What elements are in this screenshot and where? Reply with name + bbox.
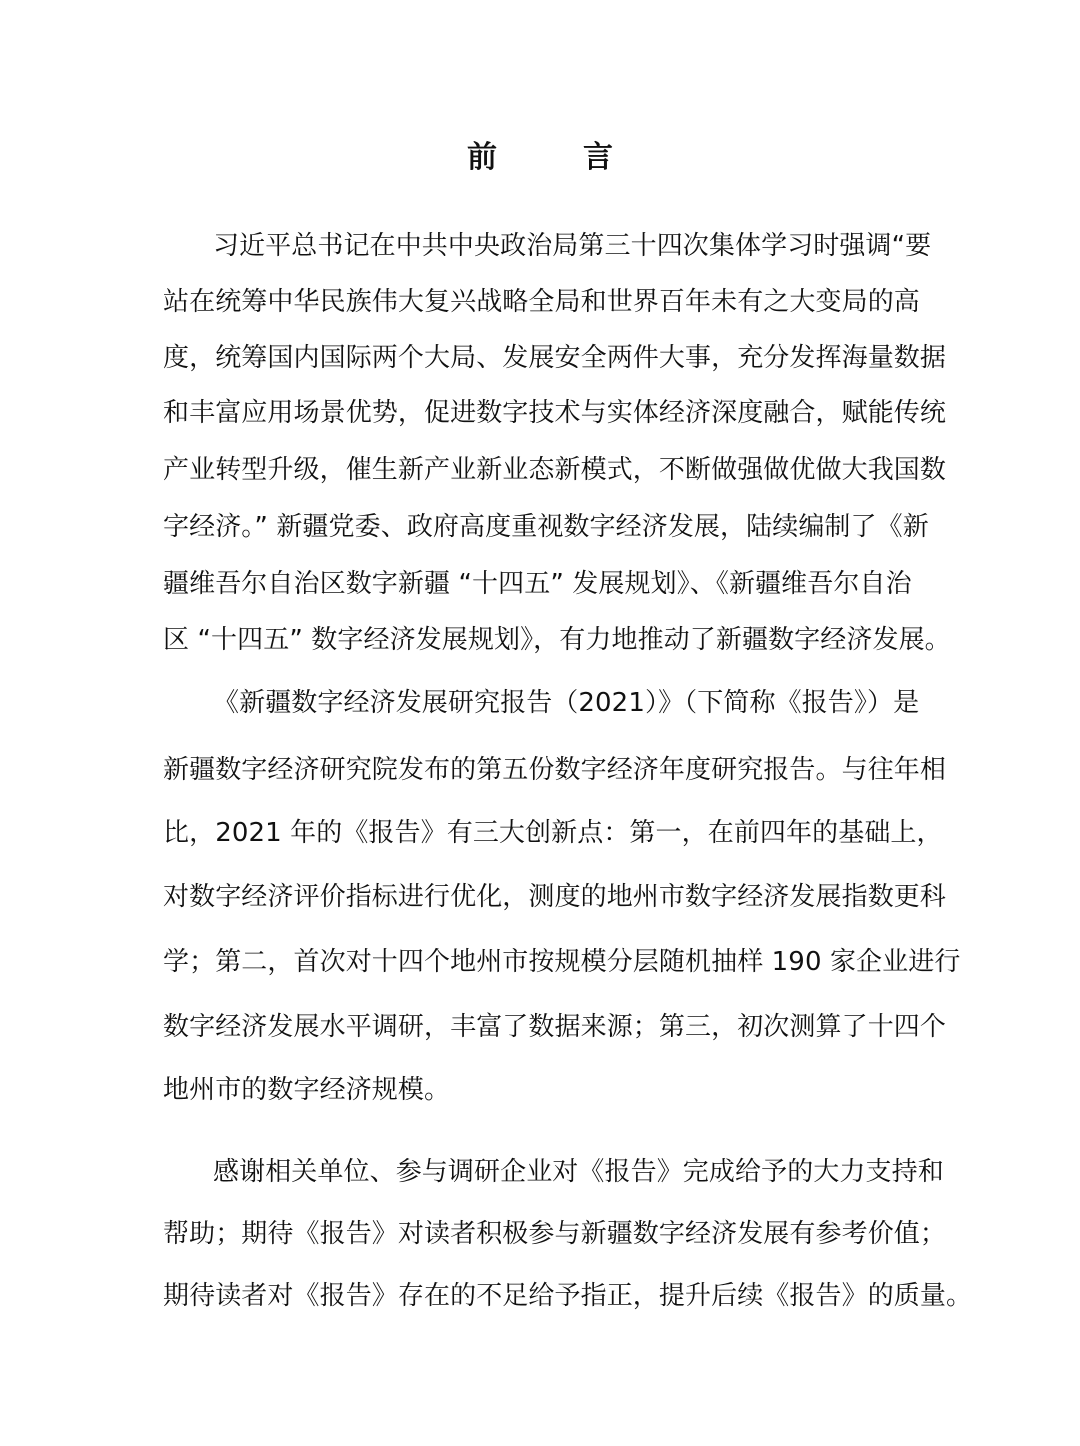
paragraph-line: 期待读者对《报告》存在的不足给予指正，提升后续《报告》的质量。 [163, 1276, 923, 1316]
page-title: 前 言 [0, 136, 1080, 180]
paragraph-line: 感谢相关单位、参与调研企业对《报告》完成给予的大力支持和 [213, 1152, 973, 1192]
paragraph-line: 新疆数字经济研究院发布的第五份数字经济年度研究报告。与往年相 [163, 750, 923, 790]
paragraph-line: 数字经济发展水平调研，丰富了数据来源；第三，初次测算了十四个 [163, 1007, 923, 1047]
paragraph-line: 帮助；期待《报告》对读者积极参与新疆数字经济发展有参考价值； [163, 1214, 923, 1254]
paragraph-line: 学；第二，首次对十四个地州市按规模分层随机抽样 190 家企业进行 [163, 942, 923, 982]
paragraph-line: 和丰富应用场景优势，促进数字技术与实体经济深度融合，赋能传统 [163, 393, 923, 433]
paragraph-line: 产业转型升级，催生新产业新业态新模式，不断做强做优做大我国数 [163, 450, 923, 490]
document-page: 前 言 习近平总书记在中共中央政治局第三十四次集体学习时强调“要 站在统筹中华民… [0, 0, 1080, 1446]
paragraph-line: 疆维吾尔自治区数字新疆 “十四五” 发展规划》、《新疆维吾尔自治 [163, 564, 923, 604]
paragraph-line: 区 “十四五” 数字经济发展规划》，有力地推动了新疆数字经济发展。 [163, 620, 923, 660]
paragraph-line: 习近平总书记在中共中央政治局第三十四次集体学习时强调“要 [213, 226, 973, 266]
paragraph-line: 对数字经济评价指标进行优化，测度的地州市数字经济发展指数更科 [163, 877, 923, 917]
paragraph-line: 字经济。” 新疆党委、政府高度重视数字经济发展，陆续编制了《新 [163, 507, 923, 547]
paragraph-line: 比，2021 年的《报告》有三大创新点：第一，在前四年的基础上， [163, 813, 923, 853]
paragraph-line: 《新疆数字经济发展研究报告（2021）》（下简称《报告》）是 [213, 683, 973, 723]
paragraph-line: 站在统筹中华民族伟大复兴战略全局和世界百年未有之大变局的高 [163, 282, 923, 322]
paragraph-line: 度，统筹国内国际两个大局、发展安全两件大事，充分发挥海量数据 [163, 338, 923, 378]
paragraph-line: 地州市的数字经济规模。 [163, 1070, 923, 1110]
